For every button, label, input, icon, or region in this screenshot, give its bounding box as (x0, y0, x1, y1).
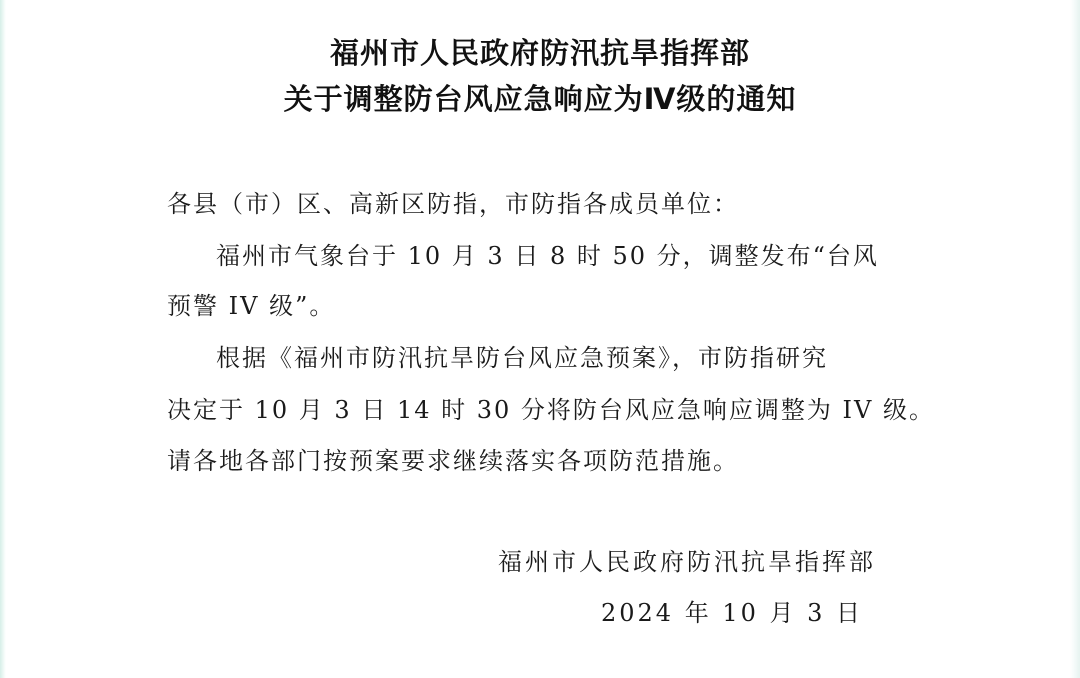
paragraph-2-line-3: 请各地各部门按预案要求继续落实各项防范措施。 (167, 441, 739, 476)
paragraph-2-line-2: 决定于 10 月 3 日 14 时 30 分将防台风应急响应调整为 IV 级。 (167, 390, 935, 425)
document-title-line-2: 关于调整防台风应急响应为Ⅳ级的通知 (0, 77, 1080, 118)
paragraph-2-line-1: 根据《福州市防汛抗旱防台风应急预案》，市防指研究 (216, 338, 828, 373)
paragraph-1-line-2: 预警 IV 级”。 (167, 286, 335, 321)
signature-issuer: 福州市人民政府防汛抗旱指挥部 (498, 542, 876, 577)
paragraph-1-line-1: 福州市气象台于 10 月 3 日 8 时 50 分，调整发布“台风 (216, 236, 879, 271)
document-title-line-1: 福州市人民政府防汛抗旱指挥部 (0, 31, 1080, 72)
signature-date: 2024 年 10 月 3 日 (601, 593, 863, 628)
salutation: 各县（市）区、高新区防指，市防指各成员单位： (167, 184, 739, 219)
